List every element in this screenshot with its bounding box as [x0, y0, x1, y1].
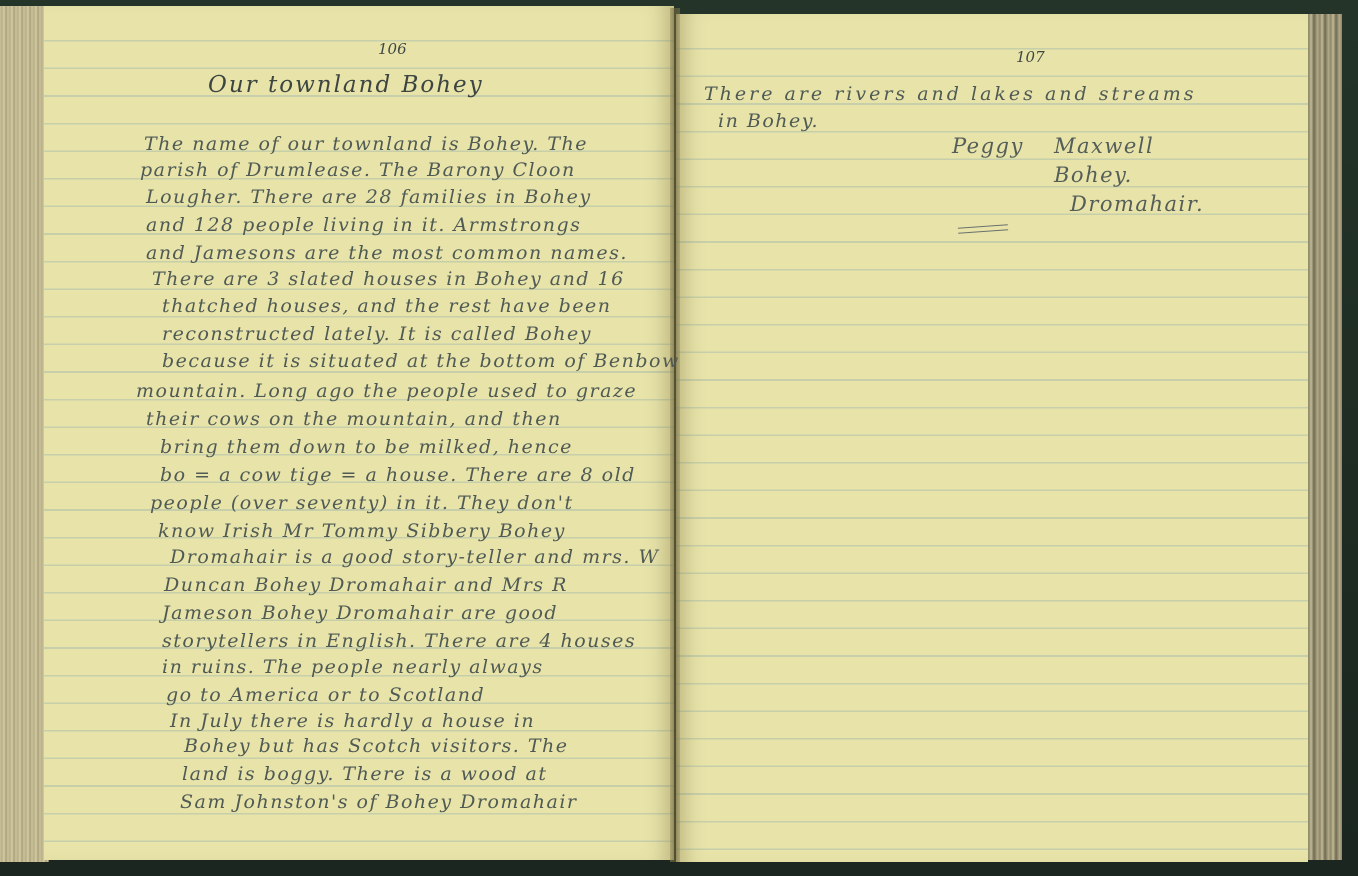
text-line: Jameson Bohey Dromahair are good [162, 602, 558, 624]
text-line: Dromahair is a good story-teller and mrs… [170, 546, 660, 568]
text-line: In July there is hardly a house in [170, 710, 535, 732]
text-line: land is boggy. There is a wood at [182, 763, 548, 785]
signature-first-name: Peggy [952, 134, 1024, 158]
book-gutter [670, 8, 680, 862]
text-line: their cows on the mountain, and then [146, 408, 562, 430]
text-line: There are 3 slated houses in Bohey and 1… [152, 268, 625, 290]
notebook-spread: 106 Our townland Bohey The name of our t… [0, 0, 1358, 876]
text-line: Bohey but has Scotch visitors. The [184, 735, 569, 757]
text-line: The name of our townland is Bohey. The [144, 133, 588, 155]
text-line: know Irish Mr Tommy Sibbery Bohey [158, 520, 566, 542]
right-page-edges [1306, 14, 1342, 860]
signature-surname: Maxwell [1054, 134, 1154, 158]
text-line: storytellers in English. There are 4 hou… [162, 630, 636, 652]
text-line: parish of Drumlease. The Barony Cloon [140, 159, 576, 181]
text-line: in Bohey. [718, 110, 819, 132]
text-line: in ruins. The people nearly always [162, 656, 544, 678]
text-line: people (over seventy) in it. They don't [150, 492, 574, 514]
text-line: because it is situated at the bottom of … [162, 350, 680, 372]
text-line: go to America or to Scotland [166, 684, 485, 706]
signature-address-line-2: Dromahair. [1070, 192, 1204, 216]
right-page-number: 107 [1016, 48, 1045, 66]
left-page-edges [0, 6, 49, 862]
text-line: bo = a cow tige = a house. There are 8 o… [160, 464, 636, 486]
text-line: Lougher. There are 28 families in Bohey [146, 186, 592, 208]
text-line: and Jamesons are the most common names. [146, 242, 628, 264]
text-line: Sam Johnston's of Bohey Dromahair [180, 791, 578, 813]
text-line: mountain. Long ago the people used to gr… [136, 380, 637, 402]
text-line: reconstructed lately. It is called Bohey [162, 323, 592, 345]
text-line: and 128 people living in it. Armstrongs [146, 214, 581, 236]
left-page-number: 106 [378, 40, 407, 58]
page-title: Our townland Bohey [208, 72, 484, 98]
signature-address-line-1: Bohey. [1054, 163, 1133, 187]
text-line: Duncan Bohey Dromahair and Mrs R [164, 574, 568, 596]
text-line: bring them down to be milked, hence [160, 436, 573, 458]
text-line: There are rivers and lakes and streams [704, 83, 1197, 105]
text-line: thatched houses, and the rest have been [162, 295, 612, 317]
